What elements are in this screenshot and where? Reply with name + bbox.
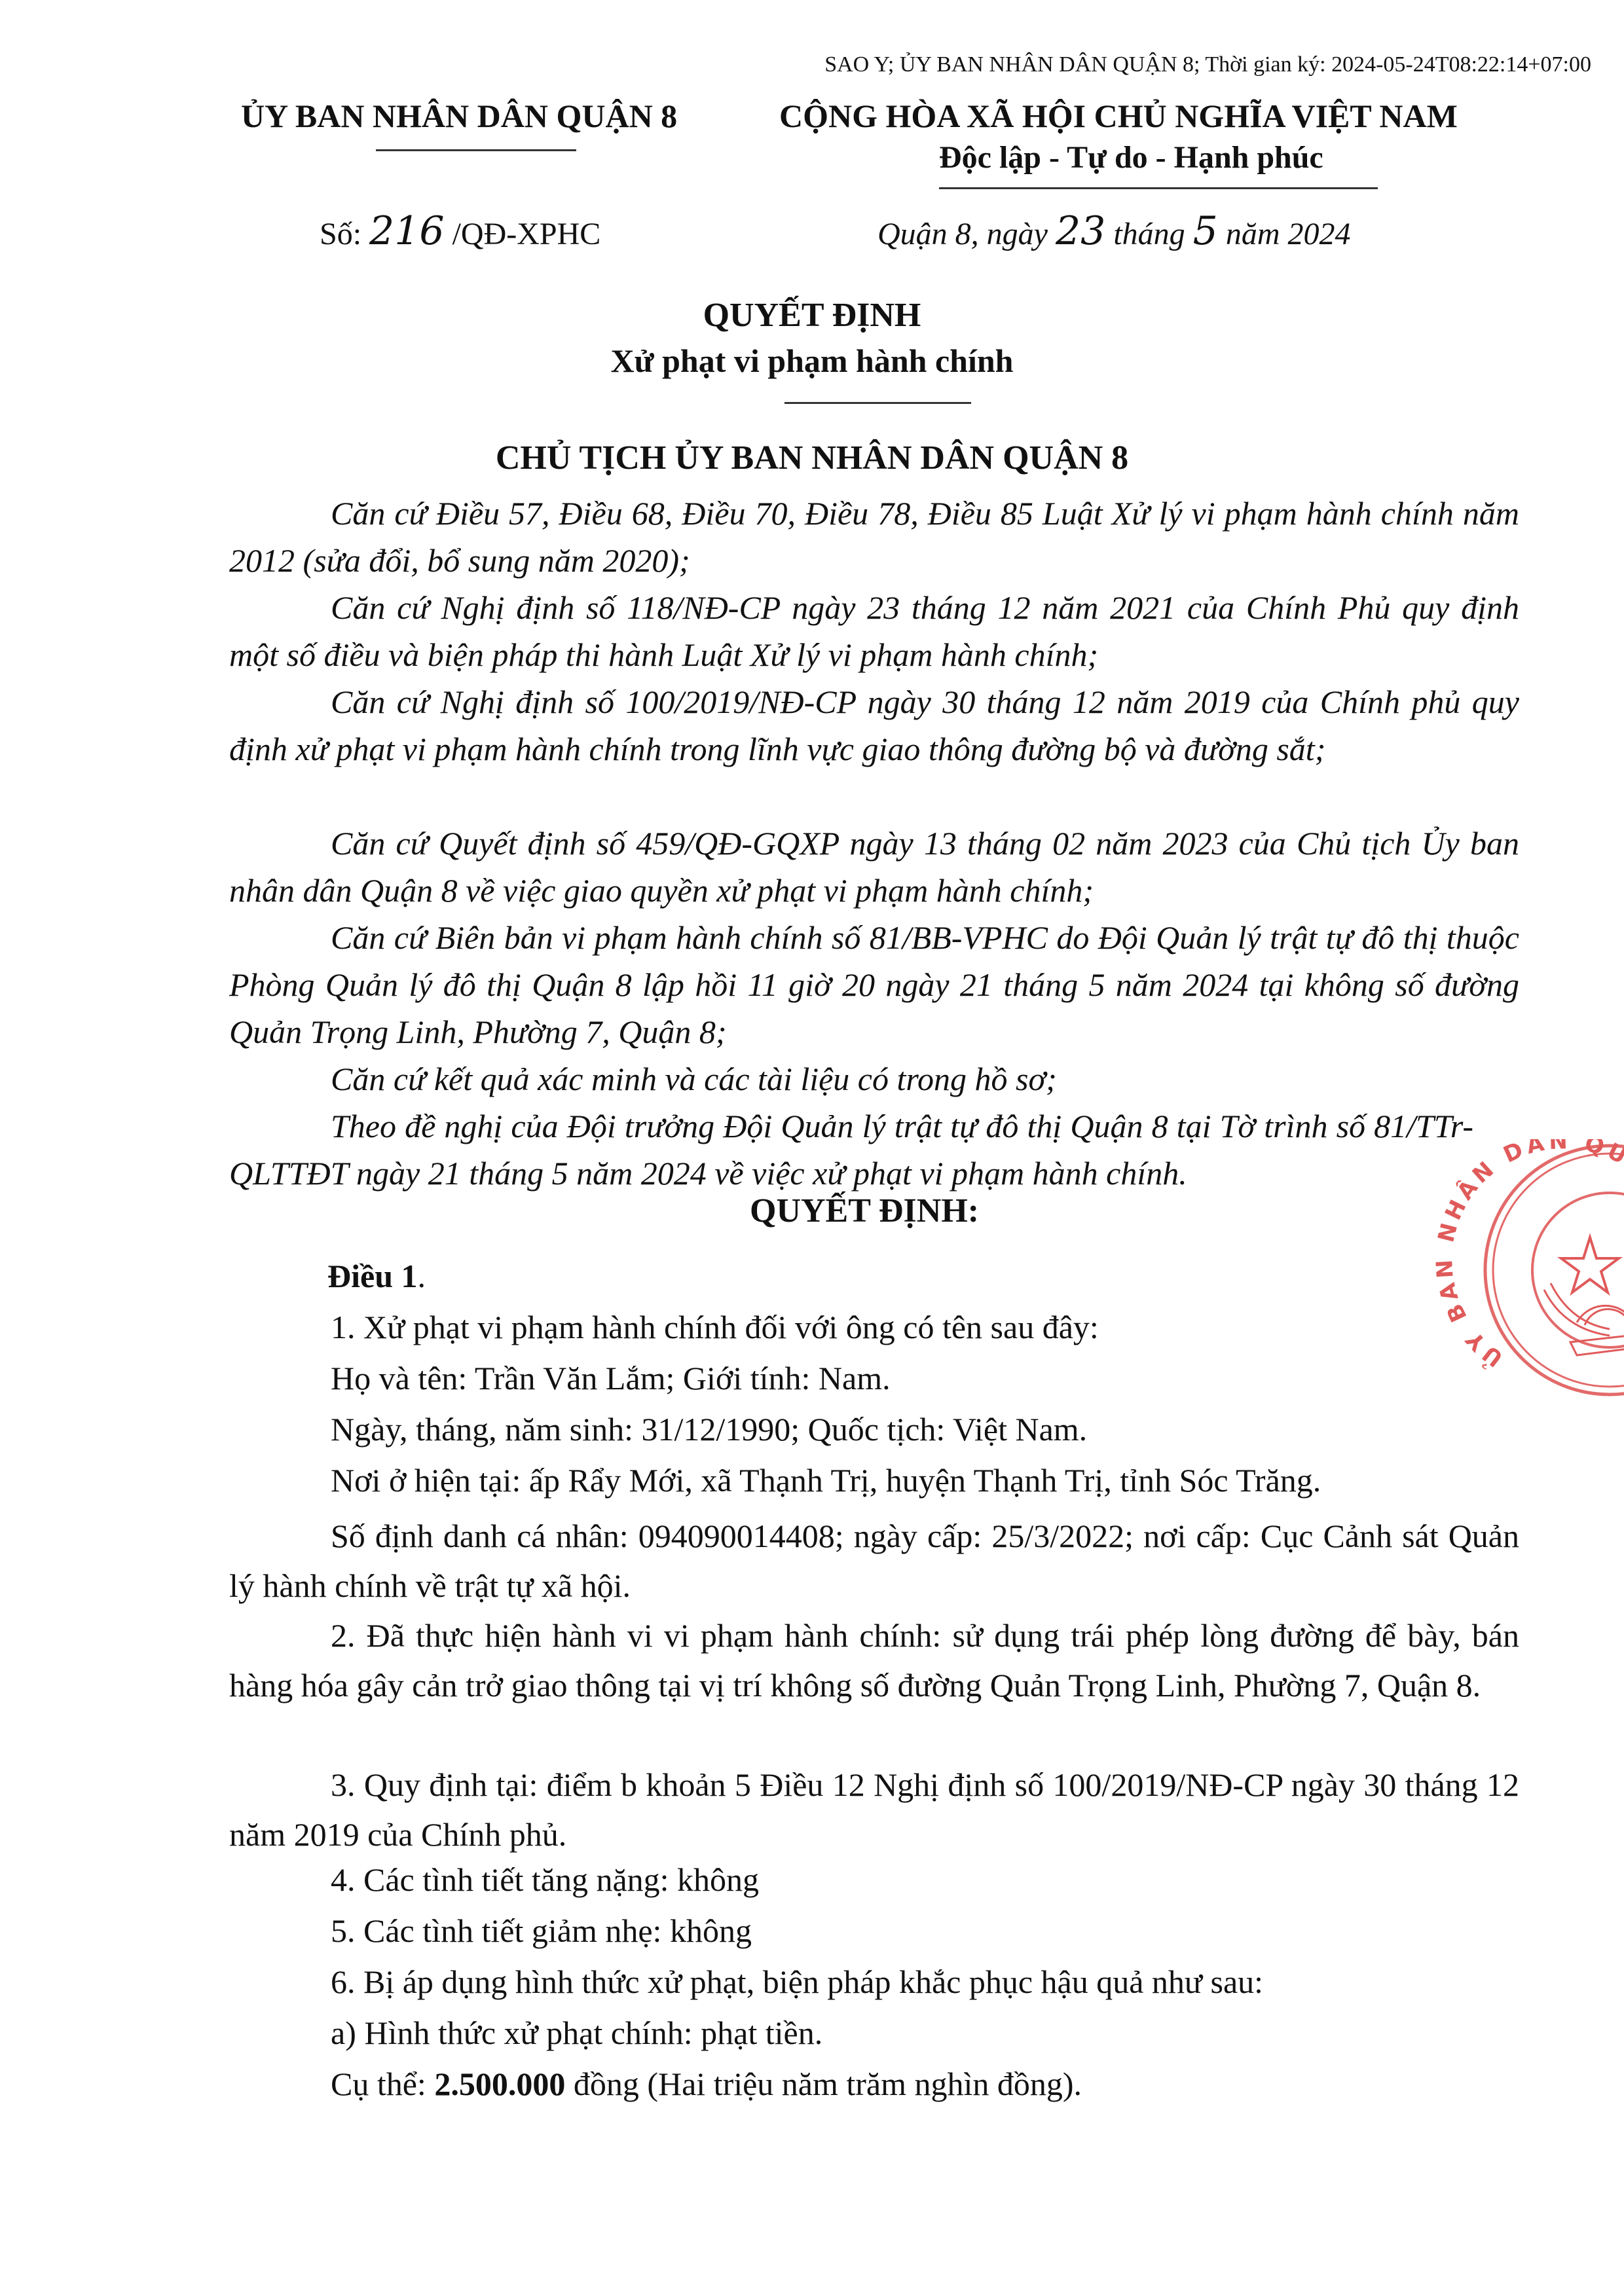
item-5-mitigating: 5. Các tình tiết giảm nhẹ: không (331, 1912, 752, 1950)
document-title: QUYẾT ĐỊNH (0, 296, 1624, 335)
preamble-proposal: Theo đề nghị của Đội trưởng Đội Quản lý … (229, 1102, 1473, 1197)
preamble-verification: Căn cứ kết quả xác minh và các tài liệu … (229, 1055, 1519, 1102)
violator-address: Nơi ở hiện tại: ấp Rẩy Mới, xã Thạnh Trị… (331, 1461, 1321, 1499)
item-1: 1. Xử phạt vi phạm hành chính đối với ôn… (331, 1308, 1099, 1346)
article-1-label: Điều 1 (327, 1258, 418, 1294)
violator-dob: Ngày, tháng, năm sinh: 31/12/1990; Quốc … (331, 1410, 1087, 1448)
item-2-violation: 2. Đã thực hiện hành vi vi phạm hành chí… (229, 1611, 1519, 1710)
document-number: Số: 216 /QĐ-XPHC (320, 208, 600, 254)
item-4-aggravating: 4. Các tình tiết tăng nặng: không (331, 1861, 759, 1899)
number-prefix: Số: (320, 217, 369, 251)
item-6-penalties: 6. Bị áp dụng hình thức xử phạt, biện ph… (331, 1963, 1263, 2001)
document-date: Quận 8, ngày 23 tháng 5 năm 2024 (877, 208, 1351, 254)
national-motto: Độc lập - Tự do - Hạnh phúc (939, 139, 1323, 175)
seal-emblem-icon: ỦY BAN NHÂN DÂN QUẬN 8 - TP.HCM (1413, 1139, 1624, 1401)
number-handwritten: 216 (369, 208, 445, 254)
fine-suffix: đồng (Hai triệu năm trăm nghìn đồng). (565, 2066, 1082, 2102)
date-month-handwritten: 5 (1193, 208, 1218, 254)
title-underline (784, 402, 971, 404)
date-year: năm 2024 (1218, 217, 1351, 251)
svg-text:ỦY BAN NHÂN DÂN QUẬN 8 - TP.HC: ỦY BAN NHÂN DÂN QUẬN 8 - TP.HCM (1413, 1139, 1624, 1374)
official-seal-stamp: ỦY BAN NHÂN DÂN QUẬN 8 - TP.HCM (1413, 1139, 1624, 1401)
article-1-period: . (418, 1258, 426, 1294)
date-prefix: Quận 8, ngày (877, 217, 1056, 251)
item-3-regulation: 3. Quy định tại: điểm b khoản 5 Điều 12 … (229, 1760, 1519, 1859)
item-6a-main-penalty: a) Hình thức xử phạt chính: phạt tiền. (331, 2014, 822, 2052)
decision-heading: QUYẾT ĐỊNH: (750, 1192, 979, 1230)
digital-signature-line: SAO Y; ỦY BAN NHÂN DÂN QUẬN 8; Thời gian… (824, 52, 1591, 77)
violator-name: Họ và tên: Trần Văn Lắm; Giới tính: Nam. (331, 1359, 891, 1397)
motto-underline (939, 187, 1378, 189)
date-day-handwritten: 23 (1056, 208, 1105, 254)
date-month-label: tháng (1105, 217, 1192, 251)
issuing-authority: CHỦ TỊCH ỦY BAN NHÂN DÂN QUẬN 8 (0, 439, 1624, 477)
agency-underline (376, 149, 576, 151)
number-suffix: /QĐ-XPHC (445, 217, 601, 251)
article-1-heading: Điều 1. (327, 1257, 426, 1295)
fine-amount: 2.500.000 (434, 2066, 565, 2102)
fine-amount-line: Cụ thể: 2.500.000 đồng (Hai triệu năm tr… (331, 2065, 1082, 2103)
preamble-law: Căn cứ Điều 57, Điều 68, Điều 70, Điều 7… (229, 490, 1519, 584)
preamble-violation-record: Căn cứ Biên bản vi phạm hành chính số 81… (229, 914, 1519, 1055)
preamble-decision-459: Căn cứ Quyết định số 459/QĐ-GQXP ngày 13… (229, 820, 1519, 914)
fine-prefix: Cụ thể: (331, 2066, 434, 2102)
preamble-decree-118: Căn cứ Nghị định số 118/NĐ-CP ngày 23 th… (229, 584, 1519, 678)
country-name: CỘNG HÒA XÃ HỘI CHỦ NGHĨA VIỆT NAM (779, 97, 1458, 135)
issuing-agency: ỦY BAN NHÂN DÂN QUẬN 8 (241, 97, 677, 135)
preamble-decree-100: Căn cứ Nghị định số 100/2019/NĐ-CP ngày … (229, 678, 1519, 773)
violator-id: Số định danh cá nhân: 094090014408; ngày… (229, 1511, 1519, 1611)
document-subtitle: Xử phạt vi phạm hành chính (0, 342, 1624, 380)
